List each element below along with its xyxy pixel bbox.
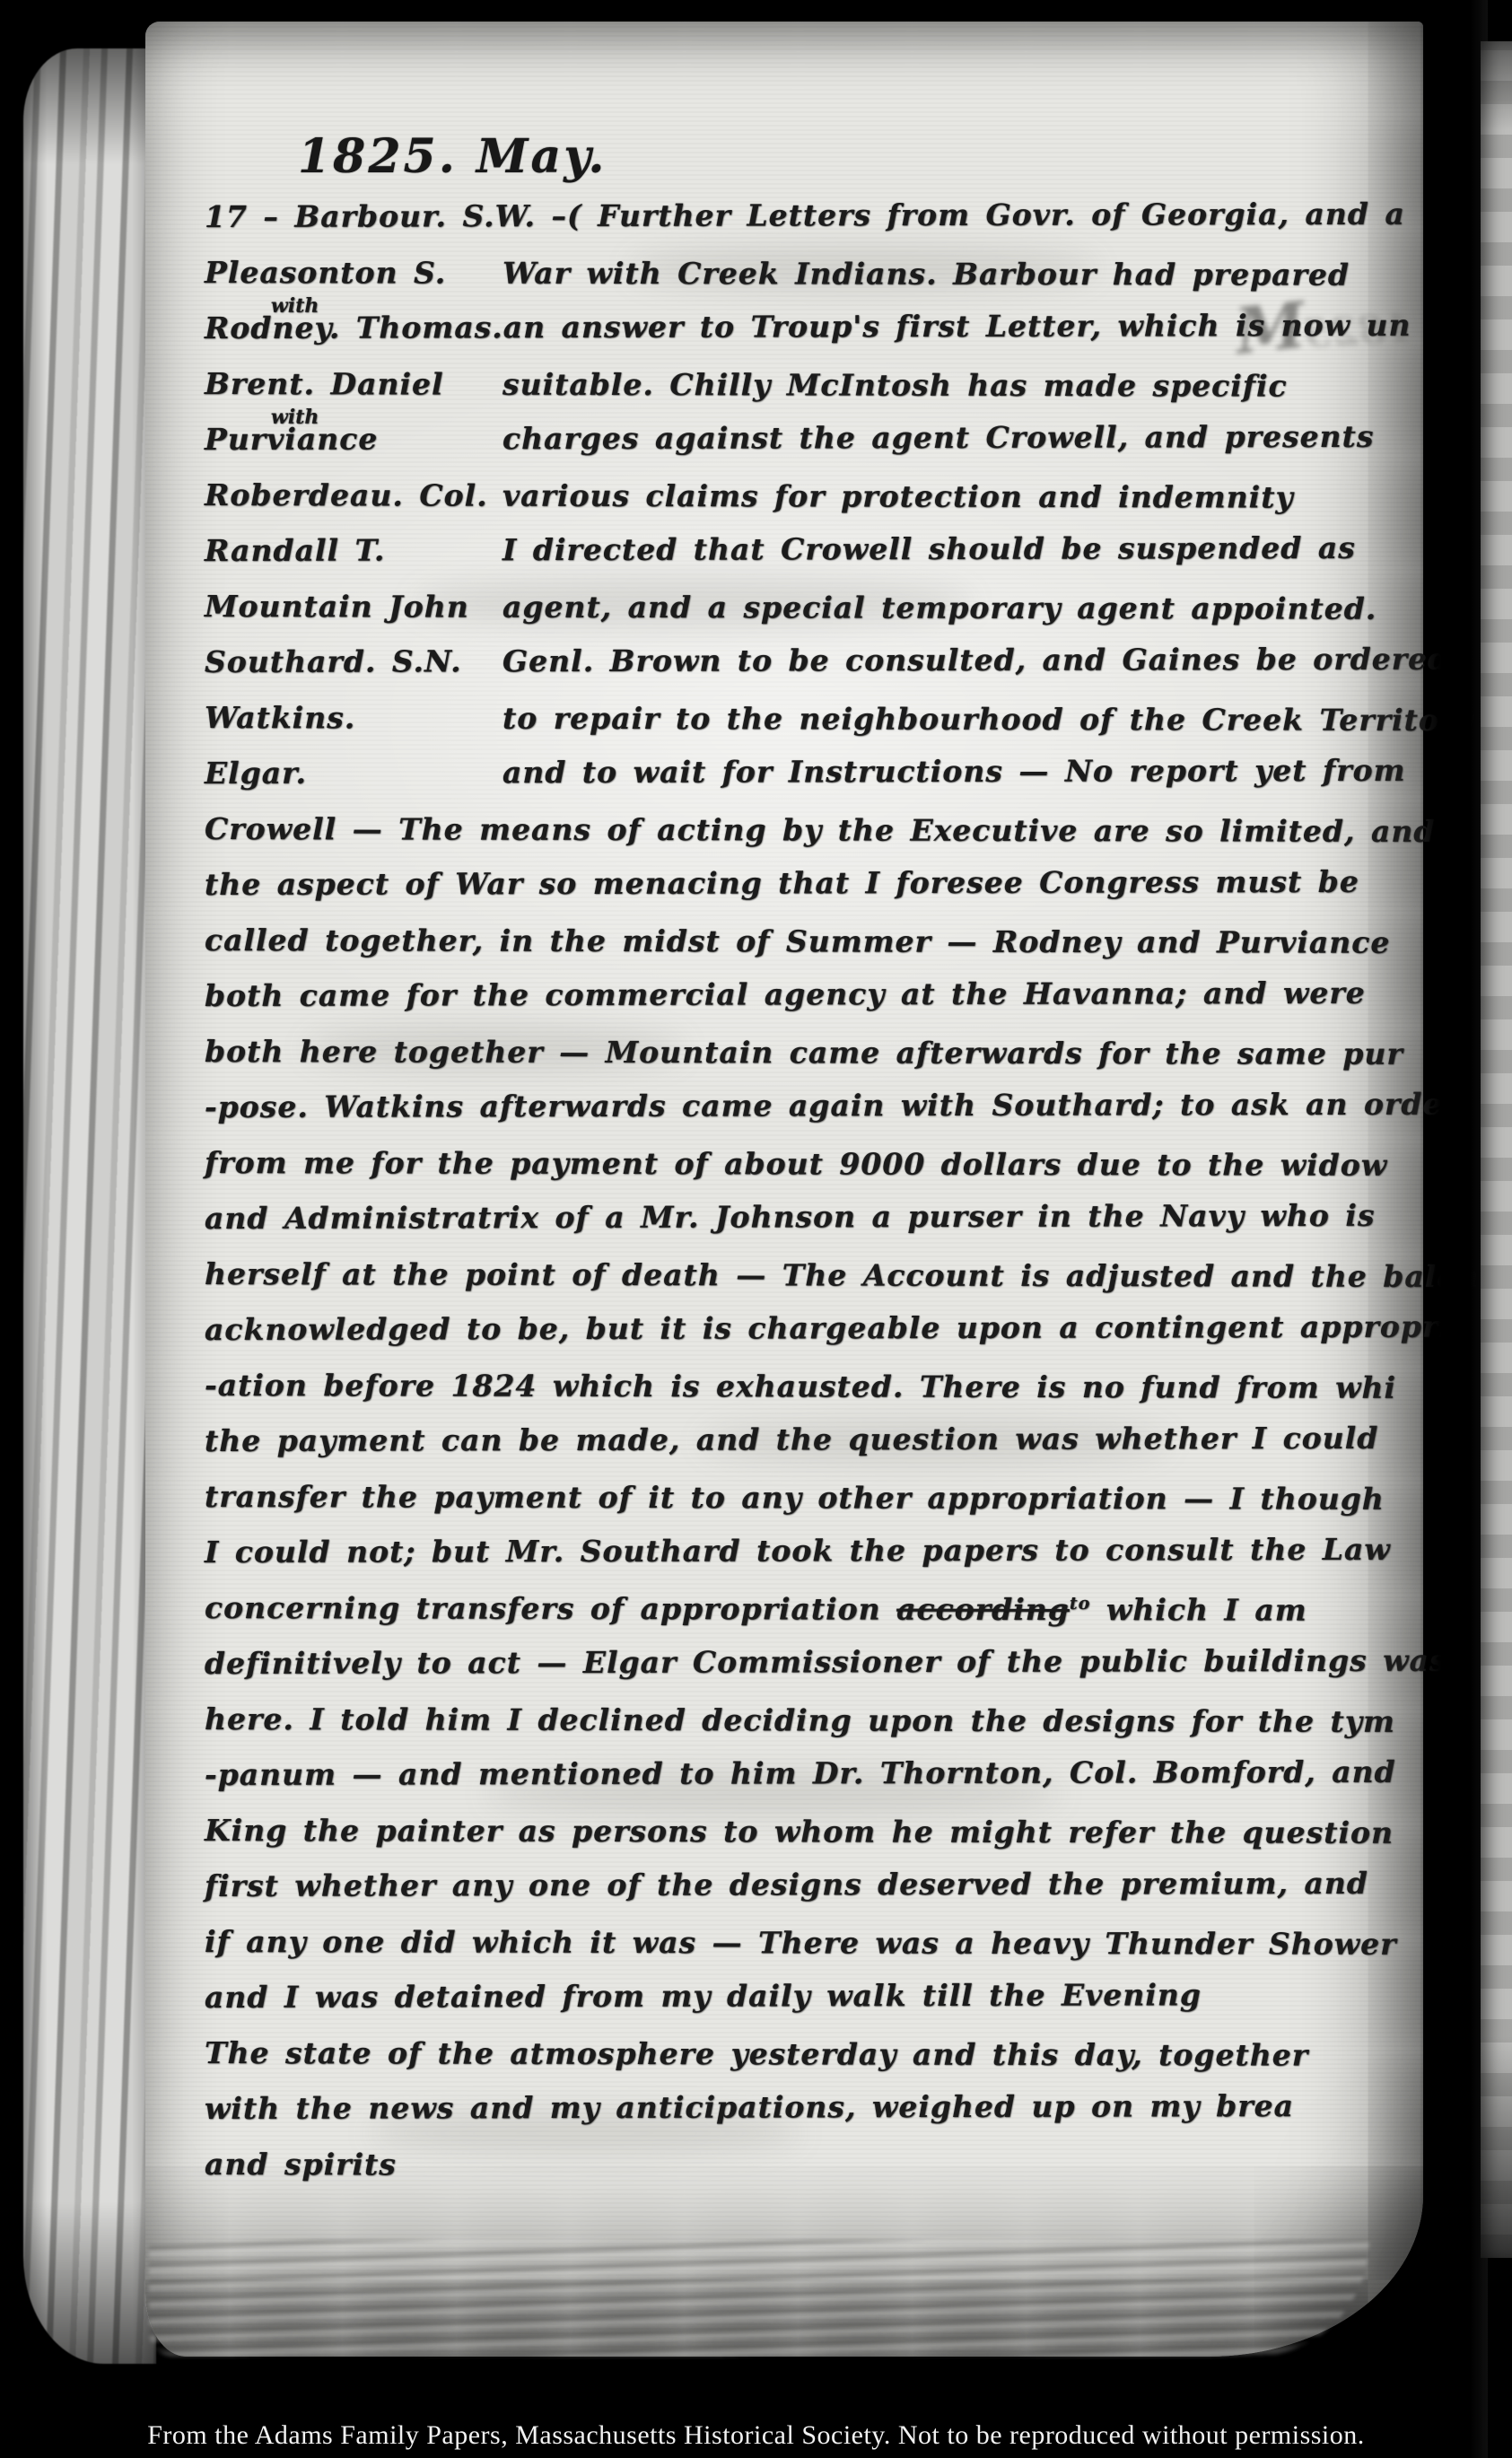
manuscript-line: transfer the payment of it to any other … <box>205 1479 1411 1537</box>
margin-visitor-name: Roberdeau. Col. <box>205 477 503 513</box>
manuscript-line: The state of the atmosphere yesterday an… <box>205 2035 1411 2094</box>
line-text: acknowledged to be, but it is chargeable… <box>205 1309 1451 1347</box>
line-text: with the news and my anticipations, weig… <box>205 2088 1294 2126</box>
margin-visitor-name: Pleasonton S. <box>205 255 503 291</box>
manuscript-line: -pose. Watkins afterwards came again wit… <box>205 1087 1411 1145</box>
attribution-caption: From the Adams Family Papers, Massachuse… <box>0 2420 1512 2451</box>
margin-visitor-name: Watkins. <box>205 700 503 736</box>
line-text: and spirits <box>205 2147 397 2182</box>
line-text: an answer to Troup's first Letter, which… <box>503 308 1411 345</box>
manuscript-line: first whether any one of the designs des… <box>205 1866 1411 1924</box>
line-text: Genl. Brown to be consulted, and Gaines … <box>503 642 1449 679</box>
manuscript-text: 17 – Barbour. S.W. –( Further Letters fr… <box>205 199 1411 2202</box>
manuscript-line: Crowell — The means of acting by the Exe… <box>205 811 1411 870</box>
facing-page-sliver <box>1481 41 1512 2258</box>
line-text: charges against the agent Crowell, and p… <box>503 419 1375 456</box>
manuscript-line: and I was detained from my daily walk ti… <box>205 1977 1411 2035</box>
margin-visitor-name: 17 – Barbour. S.W. – <box>205 198 567 234</box>
line-text: various claims for protection and indemn… <box>503 478 1294 515</box>
manuscript-line: both here together — Mountain came after… <box>205 1034 1411 1092</box>
manuscript-line: both came for the commercial agency at t… <box>205 975 1411 1034</box>
line-text: War with Creek Indians. Barbour had prep… <box>503 256 1350 293</box>
manuscript-line: herself at the point of death — The Acco… <box>205 1256 1411 1315</box>
manuscript-line: -ation before 1824 which is exhausted. T… <box>205 1368 1411 1426</box>
manuscript-line: with the news and my anticipations, weig… <box>205 2088 1411 2147</box>
line-text: from me for the payment of about 9000 do… <box>205 1145 1387 1183</box>
line-text: definitively to act — Elgar Commissioner… <box>205 1643 1447 1681</box>
line-text: King the painter as persons to whom he m… <box>205 1813 1394 1850</box>
manuscript-line: and spirits <box>205 2147 1411 2205</box>
manuscript-line: King the painter as persons to whom he m… <box>205 1813 1411 1871</box>
line-text: both here together — Mountain came after… <box>205 1034 1403 1072</box>
manuscript-line: Randall T.I directed that Crowell should… <box>205 530 1411 589</box>
line-text: Crowell — The means of acting by the Exe… <box>205 811 1436 849</box>
manuscript-line: 17 – Barbour. S.W. –( Further Letters fr… <box>205 197 1411 255</box>
margin-visitor-name: withPurviance <box>205 421 503 457</box>
margin-visitor-name: Brent. Daniel <box>205 366 503 402</box>
manuscript-line: and Administratrix of a Mr. Johnson a pu… <box>205 1198 1411 1256</box>
manuscript-page: M 1825 1825. May. 17 – Barbour. S.W. –( … <box>145 22 1423 2357</box>
line-text: The state of the atmosphere yesterday an… <box>205 2035 1308 2073</box>
line-text: the aspect of War so menacing that I for… <box>205 864 1359 902</box>
manuscript-line: the aspect of War so menacing that I for… <box>205 864 1411 923</box>
scanned-book-spread: M 1825 1825. May. 17 – Barbour. S.W. –( … <box>0 0 1512 2458</box>
manuscript-line: Southard. S.N.Genl. Brown to be consulte… <box>205 642 1411 700</box>
line-text: concerning transfers of appropriation ac… <box>205 1590 1307 1628</box>
book-gutter-shadow <box>1420 0 1488 2458</box>
book-page-edges <box>23 48 156 2364</box>
manuscript-line: Roberdeau. Col.various claims for protec… <box>205 477 1411 536</box>
line-text: -ation before 1824 which is exhausted. T… <box>205 1368 1396 1405</box>
manuscript-line: from me for the payment of about 9000 do… <box>205 1145 1411 1203</box>
line-text: and I was detained from my daily walk ti… <box>205 1977 1202 2015</box>
line-text: transfer the payment of it to any other … <box>205 1479 1385 1517</box>
manuscript-line: Mountain Johnagent, and a special tempor… <box>205 589 1411 647</box>
manuscript-line: Pleasonton S.War with Creek Indians. Bar… <box>205 255 1411 313</box>
line-text: both came for the commercial agency at t… <box>205 975 1366 1013</box>
line-text: ( Further Letters from Govr. of Georgia,… <box>567 197 1405 233</box>
line-text: and Administratrix of a Mr. Johnson a pu… <box>205 1198 1376 1236</box>
manuscript-line: -panum — and mentioned to him Dr. Thornt… <box>205 1754 1411 1813</box>
margin-note: with <box>271 294 319 318</box>
manuscript-line: here. I told him I declined deciding upo… <box>205 1701 1411 1760</box>
line-text: here. I told him I declined deciding upo… <box>205 1701 1395 1739</box>
line-text: herself at the point of death — The Acco… <box>205 1256 1480 1294</box>
line-text: and to wait for Instructions — No report… <box>503 753 1406 790</box>
line-text: -pose. Watkins afterwards came again wit… <box>205 1087 1459 1124</box>
line-text: I could not; but Mr. Southard took the p… <box>205 1532 1391 1570</box>
page-heading: 1825. May. <box>298 129 607 184</box>
manuscript-line: withPurviancecharges against the agent C… <box>205 419 1411 477</box>
line-text: agent, and a special temporary agent app… <box>503 590 1377 626</box>
manuscript-line: Watkins.to repair to the neighbourhood o… <box>205 700 1411 758</box>
manuscript-line: definitively to act — Elgar Commissioner… <box>205 1643 1411 1701</box>
manuscript-line: the payment can be made, and the questio… <box>205 1421 1411 1479</box>
line-text: -panum — and mentioned to him Dr. Thornt… <box>205 1754 1396 1792</box>
manuscript-line: withRodney. Thomas.an answer to Troup's … <box>205 308 1411 366</box>
line-text: to repair to the neighbourhood of the Cr… <box>503 701 1473 738</box>
line-text: if any one did which it was — There was … <box>205 1924 1397 1962</box>
margin-visitor-name: Randall T. <box>205 532 503 568</box>
manuscript-line: if any one did which it was — There was … <box>205 1924 1411 1982</box>
margin-visitor-name: withRodney. Thomas. <box>205 310 503 346</box>
line-text: I directed that Crowell should be suspen… <box>503 530 1356 567</box>
line-text: suitable. Chilly McIntosh has made speci… <box>503 367 1288 404</box>
manuscript-line: concerning transfers of appropriation ac… <box>205 1590 1411 1649</box>
margin-visitor-name: Mountain John <box>205 589 503 625</box>
margin-note: with <box>271 406 319 429</box>
manuscript-line: Elgar.and to wait for Instructions — No … <box>205 753 1411 811</box>
line-text: the payment can be made, and the questio… <box>205 1421 1379 1458</box>
manuscript-line: called together, in the midst of Summer … <box>205 923 1411 981</box>
line-text: called together, in the midst of Summer … <box>205 923 1390 960</box>
margin-visitor-name: Elgar. <box>205 755 503 791</box>
manuscript-line: acknowledged to be, but it is chargeable… <box>205 1309 1411 1368</box>
line-text: first whether any one of the designs des… <box>205 1866 1368 1903</box>
margin-visitor-name: Southard. S.N. <box>205 643 503 679</box>
manuscript-line: I could not; but Mr. Southard took the p… <box>205 1532 1411 1590</box>
manuscript-line: Brent. Danielsuitable. Chilly McIntosh h… <box>205 366 1411 424</box>
